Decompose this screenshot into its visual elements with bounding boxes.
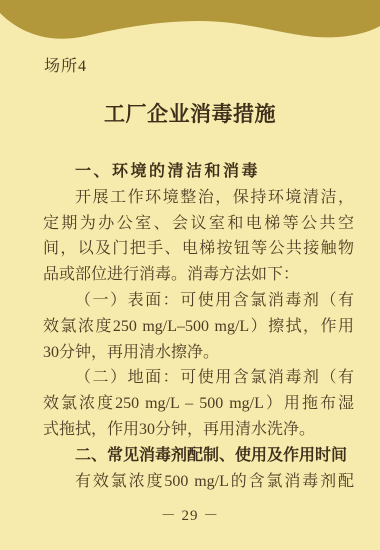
- page-number: － 29 －: [0, 504, 380, 525]
- body-text: 一、环境的清洁和消毒 开展工作环境整治，保持环境清洁， 定期为办公室、会议室和电…: [43, 159, 354, 494]
- text-line: 开展工作环境整治，保持环境清洁，: [43, 185, 354, 211]
- page-title: 工厂企业消毒措施: [0, 101, 380, 127]
- text-line: 有效氯浓度500 mg/L的含氯消毒剂配: [43, 469, 354, 495]
- text-line: 效氯浓度250 mg/L – 500 mg/L）用拖布湿: [43, 391, 354, 417]
- section-label: 场所4: [44, 53, 87, 76]
- text-line: 30分钟，再用清水擦净。: [43, 340, 354, 366]
- text-line: 效氯浓度250 mg/L–500 mg/L）擦拭，作用: [43, 314, 354, 340]
- text-line: 品或部位进行消毒。消毒方法如下：: [43, 262, 354, 288]
- top-wave-decoration: [0, 0, 380, 46]
- section-heading: 二、常见消毒剂配制、使用及作用时间: [43, 443, 354, 469]
- text-line: （一）表面：可使用含氯消毒剂（有: [43, 288, 354, 314]
- text-line: 定期为办公室、会议室和电梯等公共空: [43, 211, 354, 237]
- text-line: 间，以及门把手、电梯按钮等公共接触物: [43, 236, 354, 262]
- section-heading: 一、环境的清洁和消毒: [43, 159, 354, 185]
- text-line: 式拖拭，作用30分钟，再用清水洗净。: [43, 417, 354, 443]
- text-line: （二）地面：可使用含氯消毒剂（有: [43, 365, 354, 391]
- booklet-page: 场所4 工厂企业消毒措施 一、环境的清洁和消毒 开展工作环境整治，保持环境清洁，…: [0, 0, 380, 550]
